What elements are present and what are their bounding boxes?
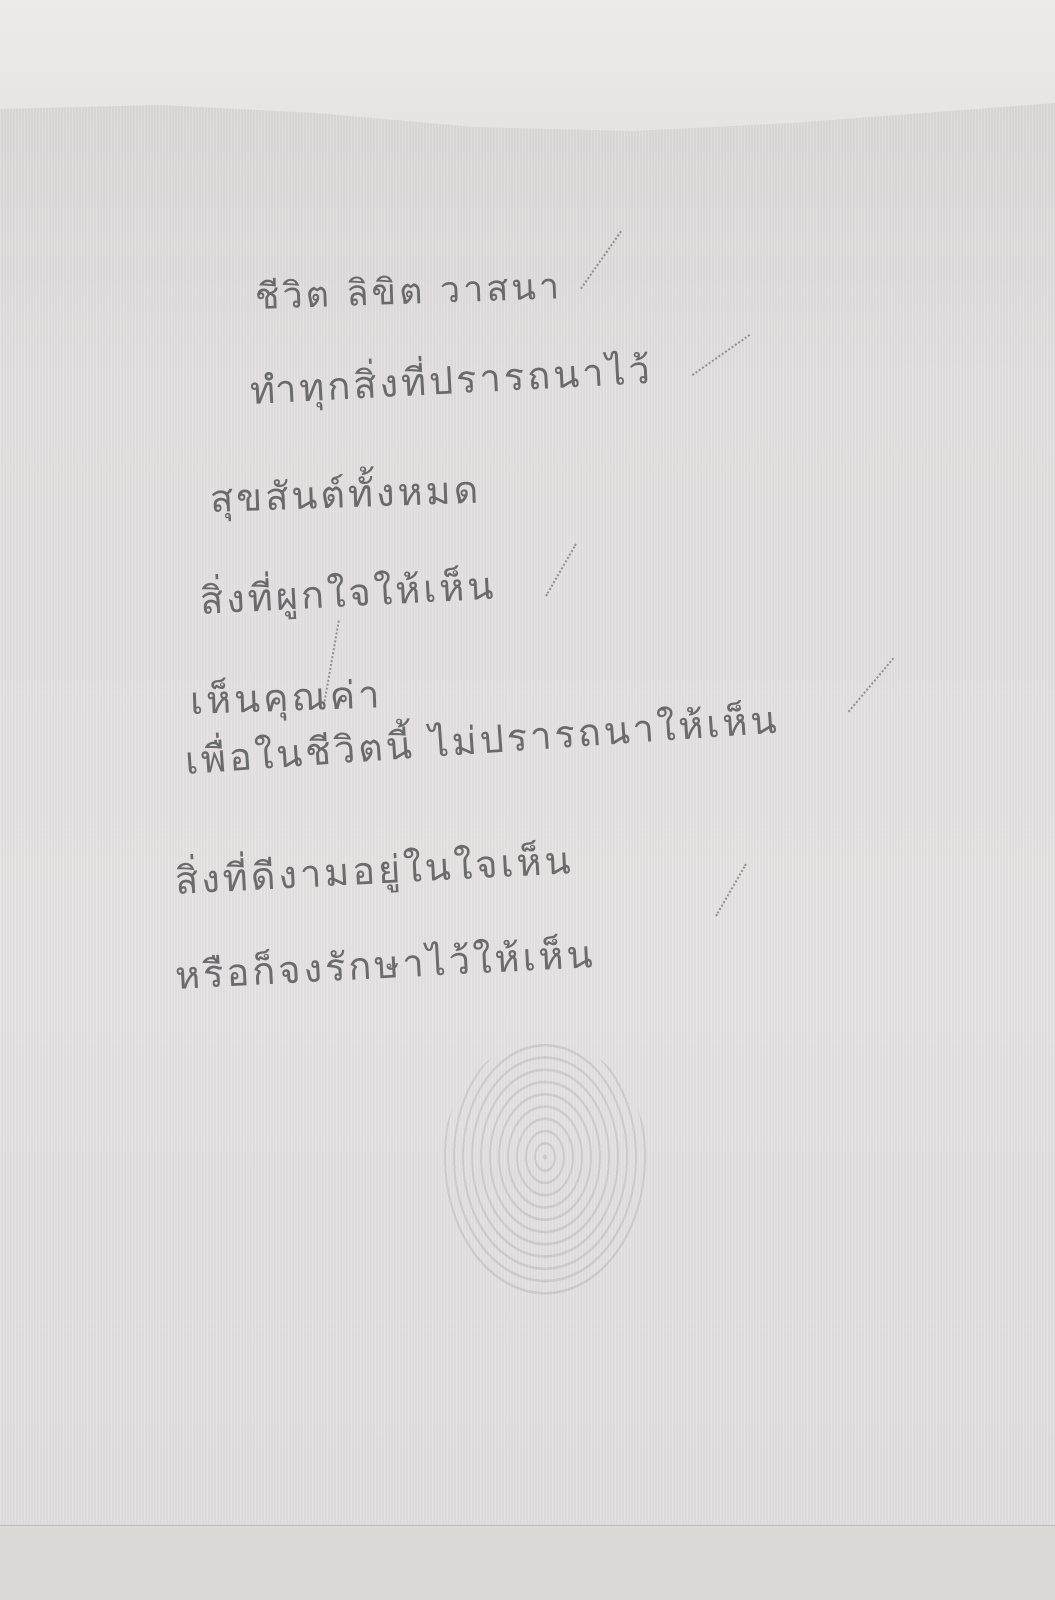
thumbprint-stamp [440,1040,650,1300]
pen-stroke [692,334,750,376]
handwritten-line-4: สิ่งที่ผูกใจให้เห็น [198,555,497,631]
handwritten-line-2: ทำทุกสิ่งที่ปรารถนาไว้ [248,339,654,421]
pen-stroke [580,231,622,289]
handwritten-line-3: สุขสันต์ทั้งหมด [209,459,482,529]
pen-stroke [715,864,747,917]
handwritten-line-7: สิ่งที่ดีงามอยู่ในใจเห็น [173,829,575,911]
pen-stroke [848,658,895,713]
handwritten-line-8: หรือก็จงรักษาไว้ให้เห็น [173,923,597,1006]
handwritten-text: ชีวิต ลิขิต วาสนา ทำทุกสิ่งที่ปรารถนาไว้… [0,0,1055,1600]
handwritten-line-1: ชีวิต ลิขิต วาสนา [254,257,563,325]
pen-stroke [545,544,577,597]
